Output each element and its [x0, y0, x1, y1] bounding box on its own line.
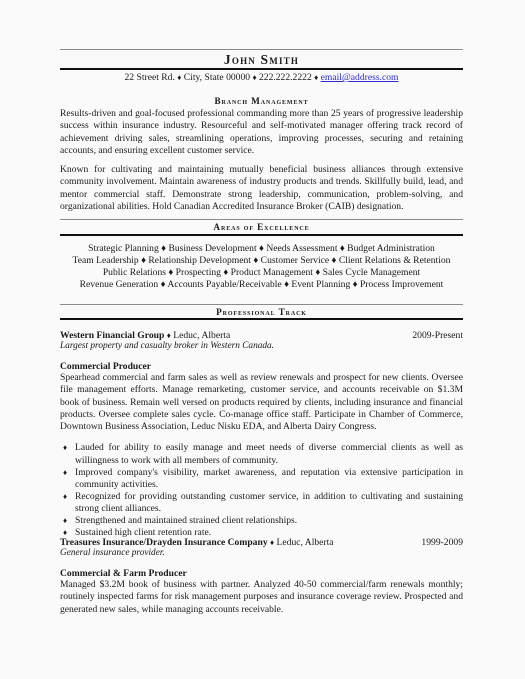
excellence-heading: Areas of Excellence [60, 222, 463, 232]
job-location: Leduc, Alberta [277, 537, 334, 548]
job-role: Commercial & Farm Producer [60, 568, 463, 579]
excellence-line: Public Relations ♦ Prospecting ♦ Product… [52, 267, 471, 279]
city-state: City, State 00000 [184, 72, 250, 83]
excellence-list: Strategic Planning ♦ Business Developmen… [52, 243, 471, 291]
job-header: Western Financial Group ♦ Leduc, Alberta… [60, 330, 463, 341]
professional-heading: Professional Track [60, 307, 463, 317]
job-entry: Western Financial Group ♦ Leduc, Alberta… [60, 330, 463, 539]
professional-bottom-rule [60, 318, 463, 320]
summary-paragraph-1: Results-driven and goal-focused professi… [60, 108, 463, 157]
excellence-line: Strategic Planning ♦ Business Developmen… [52, 243, 471, 255]
summary-paragraph-2: Known for cultivating and maintaining mu… [60, 164, 463, 213]
achievement-item: Strengthened and maintained strained cli… [60, 515, 463, 527]
job-summary: Managed $3.2M book of business with part… [60, 579, 463, 616]
excellence-line: Team Leadership ♦ Relationship Developme… [52, 255, 471, 267]
company-name: Treasures Insurance/Drayden Insurance Co… [60, 537, 268, 548]
separator-icon: ♦ [252, 73, 256, 82]
separator-icon: ♦ [270, 538, 274, 547]
job-header: Treasures Insurance/Drayden Insurance Co… [60, 537, 463, 548]
job-entry: Treasures Insurance/Drayden Insurance Co… [60, 537, 463, 616]
professional-top-rule [60, 304, 463, 305]
excellence-line: Revenue Generation ♦ Accounts Payable/Re… [52, 279, 471, 291]
header-bottom-rule [60, 68, 463, 70]
job-summary: Spearhead commercial and farm sales as w… [60, 372, 463, 433]
phone: 222.222.2222 [259, 72, 312, 83]
company-name: Western Financial Group [60, 330, 164, 341]
company-description: Largest property and casualty broker in … [60, 341, 463, 351]
achievement-item: Recognized for providing outstanding cus… [60, 491, 463, 515]
achievement-item: Lauded for ability to easily manage and … [60, 442, 463, 466]
job-location: Leduc, Alberta [173, 330, 230, 341]
excellence-bottom-rule [60, 234, 463, 236]
header-top-rule [60, 49, 463, 50]
candidate-name: John Smith [60, 52, 463, 68]
company-description: General insurance provider. [60, 548, 463, 558]
job-dates: 2009-Present [412, 330, 463, 341]
job-role: Commercial Producer [60, 361, 463, 372]
email-link[interactable]: email@address.com [321, 72, 399, 83]
separator-icon: ♦ [167, 331, 171, 340]
separator-icon: ♦ [314, 73, 318, 82]
excellence-top-rule [60, 219, 463, 220]
achievement-item: Improved company's visibility, market aw… [60, 467, 463, 491]
address: 22 Street Rd. [125, 72, 175, 83]
contact-line: 22 Street Rd. ♦ City, State 00000 ♦ 222.… [60, 72, 463, 83]
job-achievements: Lauded for ability to easily manage and … [60, 442, 463, 539]
separator-icon: ♦ [177, 73, 181, 82]
summary-heading: Branch Management [60, 96, 463, 106]
job-dates: 1999-2009 [421, 537, 463, 548]
